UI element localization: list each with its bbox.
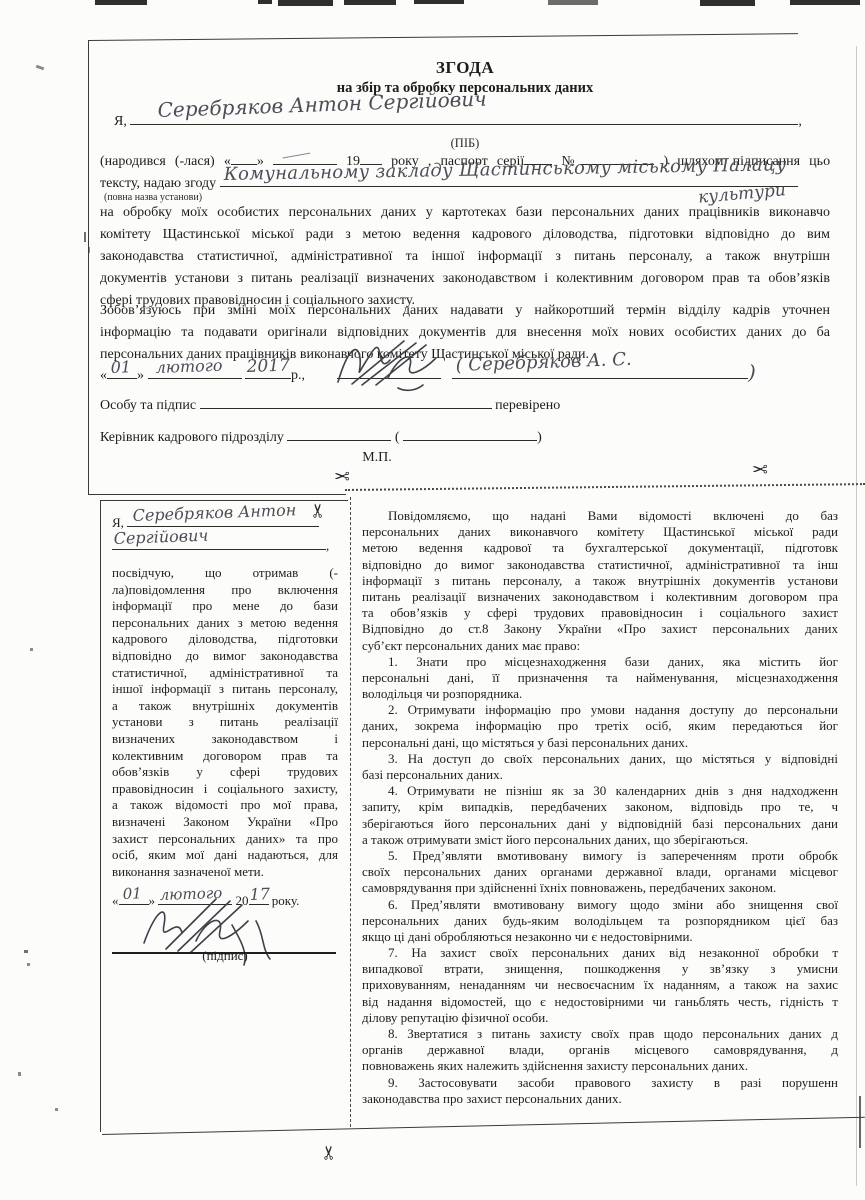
text-line: повноважень яких належить здійснення зах… [362,1058,838,1074]
text-line: законодавства про захист персональних да… [362,1091,838,1107]
signature-scribble [330,336,448,392]
hr-name-blank [403,439,537,441]
scan-artifact [278,0,333,6]
scissors-icon: ✂ [320,1145,339,1161]
scan-artifact [27,963,30,966]
text-line: ділову репутацію фізичної особи. [362,1010,838,1026]
text-line: суб’єкт персональних даних має право: [362,638,838,654]
text-line: посвідчую, що отримав (- [112,565,338,582]
left-box-border-left [100,500,101,1132]
text-line: інформації з питань персоналу, а також в… [362,573,838,589]
scan-artifact [24,950,28,953]
year-suffix: р., [291,368,305,383]
verify-label: Особу та підпис [100,398,196,413]
text-line: законодавства статистичної, адміністрати… [100,246,830,268]
document-title: ЗГОДА [100,58,830,78]
text-line: іншої інформації з питань персоналу, [112,681,338,698]
text-line: 3. На доступ до своїх персональних даних… [362,751,838,767]
text-line: 6. Пред’являти вмотивовану вимогу щодо з… [362,897,838,913]
scan-edge-line [856,46,857,1186]
text-line: Повідомляємо, що надані Вами відомості в… [362,508,838,524]
name-handwritten-1: Серебряков Антон [133,500,297,525]
text-line: 4. Отримувати не пізніш як за 30 календа… [362,783,838,799]
text-line: органів державної влади, органів місцево… [362,1042,838,1058]
signed-name-blank: ( Серебряков А. С. [452,377,748,379]
text-line: метою ведення кадрової та бухгалтерської… [362,540,838,556]
scan-artifact [414,0,464,4]
text-line: персональних даних будь-яким володільцем… [362,913,838,929]
text-line: колективним договором прав та [112,748,338,765]
scan-artifact [258,0,272,4]
text-line: визначені Законом України «Про [112,814,338,831]
text-line: приховуванням, ненаданням чи несвоєчасни… [362,977,838,993]
cut-line-vertical [350,497,351,1127]
verify-status: перевірено [495,398,560,413]
signed-paren-close: ) [748,360,756,384]
consent-paragraph-1: на обробку моїх особистих персональних д… [100,202,830,312]
text-line: зберігаються його персональних дані у ві… [362,816,838,832]
paren-open: ( [395,430,400,445]
text-line: обов’язків у сфері трудових [112,764,338,781]
scissors-icon: ✂ [334,468,350,487]
scan-artifact [95,0,147,5]
page-border-top [88,33,798,41]
text-line: своїх персональних даних органами держав… [362,864,838,880]
text-line: кадрового діловодства, підготовки [112,631,338,648]
mp-stamp-label: М.П. [342,450,412,466]
year-blank: 2017 [245,377,291,379]
text-line: захист персональних даних» та про [112,831,338,848]
text-line: ла)повідомлення про включення [112,582,338,599]
scan-artifact [548,0,598,5]
scan-artifact [84,232,86,242]
scan-artifact [30,648,33,651]
text-line: виконання зазначеної мети. [112,864,338,881]
scan-artifact [344,0,396,5]
text-line: Відповідно до ст.8 Закону України «Про з… [362,621,838,637]
day-handwritten: 01 [110,357,131,377]
trailing-comma: , [798,114,802,129]
scanned-consent-document: { "colors": {"paper": "#fcfcfa", "ink": … [0,0,865,1200]
name-handwritten-2: Сергійович [113,526,208,548]
text-line: та обов’язків у сфері трудових правовідн… [362,605,838,621]
text-line: а також відомості про мої права, [112,797,338,814]
name-blank-2: Сергійович [112,548,326,550]
text-line: 7. На захист своїх персональних даних ві… [362,945,838,961]
text-line: персональних даних з метою ведення [112,615,338,632]
text-line: базі персональних даних. [362,767,838,783]
page-border-bottom [102,1117,865,1135]
quote-open: « [112,893,119,908]
top-section-border-bottom [88,494,346,495]
text-line: самоврядування при здійсненні їхніх повн… [362,880,838,896]
hr-head-blank [287,439,391,441]
text-line: запиту, крім випадків, передбачених зако… [362,799,838,815]
text-line: документів установи з питань реалізації … [100,268,830,290]
text-line: персональні дані, що містяться у базі пе… [362,735,838,751]
month-handwritten: лютого [155,356,222,377]
text-line: Зобов’язуюсь при зміні моїх персональних… [100,300,830,322]
trailing-comma: , [326,538,329,553]
day-blank: 01 [107,377,137,379]
ya-label: Я, [114,114,127,129]
certificate-body: посвідчую, що отримав (-ла)повідомлення … [112,565,338,880]
text-line: відповідно до вимог законодавства статис… [362,557,838,573]
date-signature-row: «01» лютого 2017р., ( Серебряков А. С. ) [100,360,830,384]
scan-artifact [859,1096,861,1148]
text-line: персональних даних виконавчого комітету … [362,524,838,540]
text-line: персональні дані, її призначення та найм… [362,670,838,686]
cut-line-horizontal [345,483,865,491]
text-line: 9. Застосовувати засоби правового захист… [362,1075,838,1091]
text-line: відповідно до вимог законодавства [112,648,338,665]
text-line: установи з питань реалізації [112,714,338,731]
month-blank: лютого [148,377,242,379]
hr-head-row: Керівник кадрового підрозділу ( ) [100,430,830,446]
name-line-2: Сергійович , [112,538,338,554]
hr-head-label: Керівник кадрового підрозділу [100,430,284,445]
text-line: правовідносин і соціального захисту, [112,781,338,798]
text-line: 1. Знати про місцезнаходження бази даних… [362,654,838,670]
name-line: Я, Серебряков Антон Сергійович , [100,114,830,130]
text-line: а також внутрішніх документів [112,698,338,715]
text-line: а також отримувати зміст його персональн… [362,832,838,848]
scan-artifact [55,1108,58,1111]
scan-artifact [36,65,45,71]
scan-artifact [790,0,860,5]
right-column-notice: Повідомляємо, що надані Вами відомості в… [362,504,838,1107]
signature-caption: (підпис) [112,948,338,964]
verify-blank [200,407,492,409]
text-line: випадкової втрати, знищення, пошкодження… [362,961,838,977]
text-line: на обробку моїх особистих персональних д… [100,202,830,224]
text-line: питань реалізації визначених законодавст… [362,589,838,605]
scissors-icon: ✂ [752,461,768,480]
name-blank: Серебряков Антон Сергійович [130,123,798,125]
text-line: інформації про мене до бази [112,598,338,615]
pib-caption: (ПІБ) [100,136,830,151]
birth-prefix: (народився (-лася) [100,154,215,169]
text-line: 5. Пред’являти вмотивовану вимогу із зап… [362,848,838,864]
page-border-left-top-section [88,40,89,494]
text-line: 8. Звертатися з питань захисту своїх пра… [362,1026,838,1042]
text-line: інформацію та подавати оригінали відпові… [100,322,830,344]
text-line: комітету Щастинської міської ради з мето… [100,224,830,246]
text-line: якщо ці дані обробляються незаконно чи є… [362,929,838,945]
scan-artifact [700,0,755,6]
quote-close: » [137,368,144,383]
text-line: визначених законодавством і [112,731,338,748]
text-line: володільця чи розпорядника. [362,686,838,702]
text-line: осіб, яким мої дані надаються, для [112,847,338,864]
text-line: даних, зокрема інформацію про третіх осі… [362,718,838,734]
text-line: статистичної, адміністративної та [112,665,338,682]
text-line: 2. Отримувати інформацію про умови надан… [362,702,838,718]
verify-row: Особу та підпис перевірено [100,398,830,414]
quote-open: « [100,368,107,383]
consent-prefix: тексту, надаю згоду [100,176,216,191]
text-line: від надання відомостей, що є недостовірн… [362,994,838,1010]
scan-artifact [18,1072,21,1076]
left-box-border-top [100,500,348,501]
year-handwritten: 2017 [246,356,290,377]
paren-close: ) [537,430,542,445]
